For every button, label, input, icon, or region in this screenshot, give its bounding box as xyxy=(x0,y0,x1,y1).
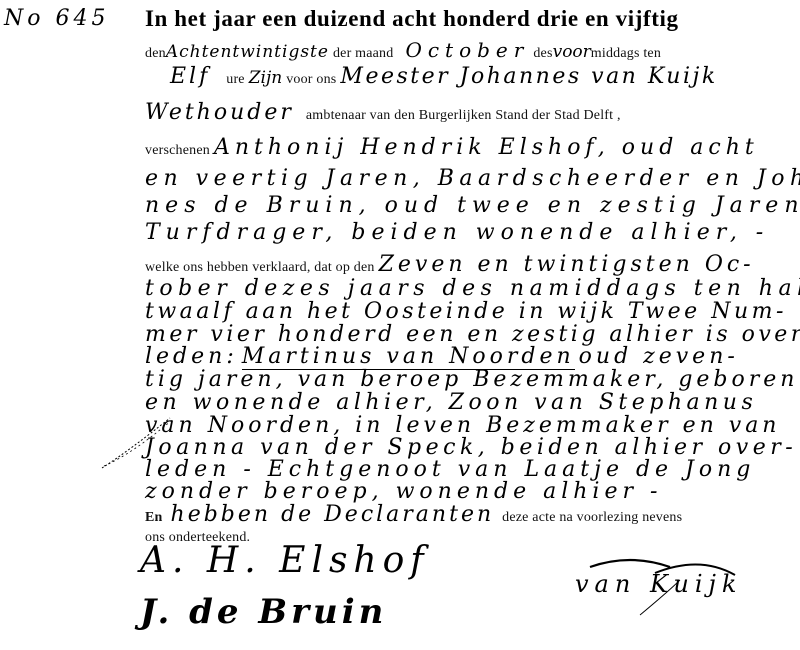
line-13: tig jaren, van beroep Bezemmaker, gebore… xyxy=(145,367,798,392)
handwritten-text: Wethouder xyxy=(145,100,294,125)
printed-text: deze acte na voorlezing nevens xyxy=(502,510,682,525)
handwritten-text: October xyxy=(405,38,529,62)
document-header: In het jaar een duizend acht honderd dri… xyxy=(145,6,679,32)
record-number: No 645 xyxy=(4,6,109,31)
line-9: tober dezes jaars des namiddags ten half xyxy=(145,276,800,301)
printed-text: den xyxy=(145,46,166,61)
handwritten-text: Zijn xyxy=(249,68,282,88)
line-10: twaalf aan het Oosteinde in wijk Twee Nu… xyxy=(145,299,787,324)
handwritten-text: Meester Johannes van Kuijk xyxy=(340,64,717,89)
line-2: Elf ure Zijn voor ons Meester Johannes v… xyxy=(170,64,718,89)
line-1: denAchtentwintigste der maand October de… xyxy=(145,38,661,62)
line-14: en wonende alhier, Zoon van Stephanus xyxy=(145,390,757,415)
line-6: nes de Bruin, oud twee en zestig Jaren, xyxy=(145,193,800,218)
handwritten-text: Anthonij Hendrik Elshof, oud acht xyxy=(214,135,759,160)
printed-text: der maand xyxy=(333,46,394,61)
line-8: welke ons hebben verklaard, dat op den Z… xyxy=(145,252,755,277)
line-19: En hebben de Declaranten deze acte na vo… xyxy=(145,502,682,527)
printed-text: des xyxy=(533,46,552,61)
printed-text: middags ten xyxy=(591,46,661,61)
line-5: en veertig Jaren, Baardscheerder en Joha… xyxy=(145,166,800,191)
printed-text: ure xyxy=(226,72,244,87)
handwritten-text: Achtentwintigste xyxy=(166,42,329,62)
line-3: Wethouder ambtenaar van den Burgerlijken… xyxy=(145,100,621,125)
line-4: verschenen Anthonij Hendrik Elshof, oud … xyxy=(145,135,759,160)
line-18: zonder beroep, wonende alhier - xyxy=(145,479,662,504)
handwritten-text: Elf xyxy=(170,64,210,89)
handwritten-text: oud zeven- xyxy=(579,344,739,369)
line-7: Turfdrager, beiden wonende alhier, - xyxy=(145,220,769,245)
printed-text: welke ons hebben verklaard, dat op den xyxy=(145,260,375,275)
handwritten-text: Zeven en twintigsten Oc- xyxy=(379,252,755,277)
printed-text: En xyxy=(145,510,163,525)
handwritten-text: voor xyxy=(553,42,591,62)
pen-flourish-icon xyxy=(100,410,180,470)
signature-elshof: A. H. Elshof xyxy=(140,540,430,581)
printed-text: voor ons xyxy=(286,72,336,87)
printed-text: verschenen xyxy=(145,143,210,158)
signature-de-bruin: J. de Bruin xyxy=(140,592,387,632)
printed-text: ambtenaar van den Burgerlijken Stand der… xyxy=(306,108,621,123)
handwritten-text: leden: xyxy=(145,344,238,369)
document-page: No 645 In het jaar een duizend acht hond… xyxy=(0,0,800,650)
signature-van-kuijk: van Kuijk xyxy=(575,570,742,598)
handwritten-text: hebben de Declaranten xyxy=(171,502,495,527)
line-12: leden: Martinus van Noorden oud zeven- xyxy=(145,344,739,369)
